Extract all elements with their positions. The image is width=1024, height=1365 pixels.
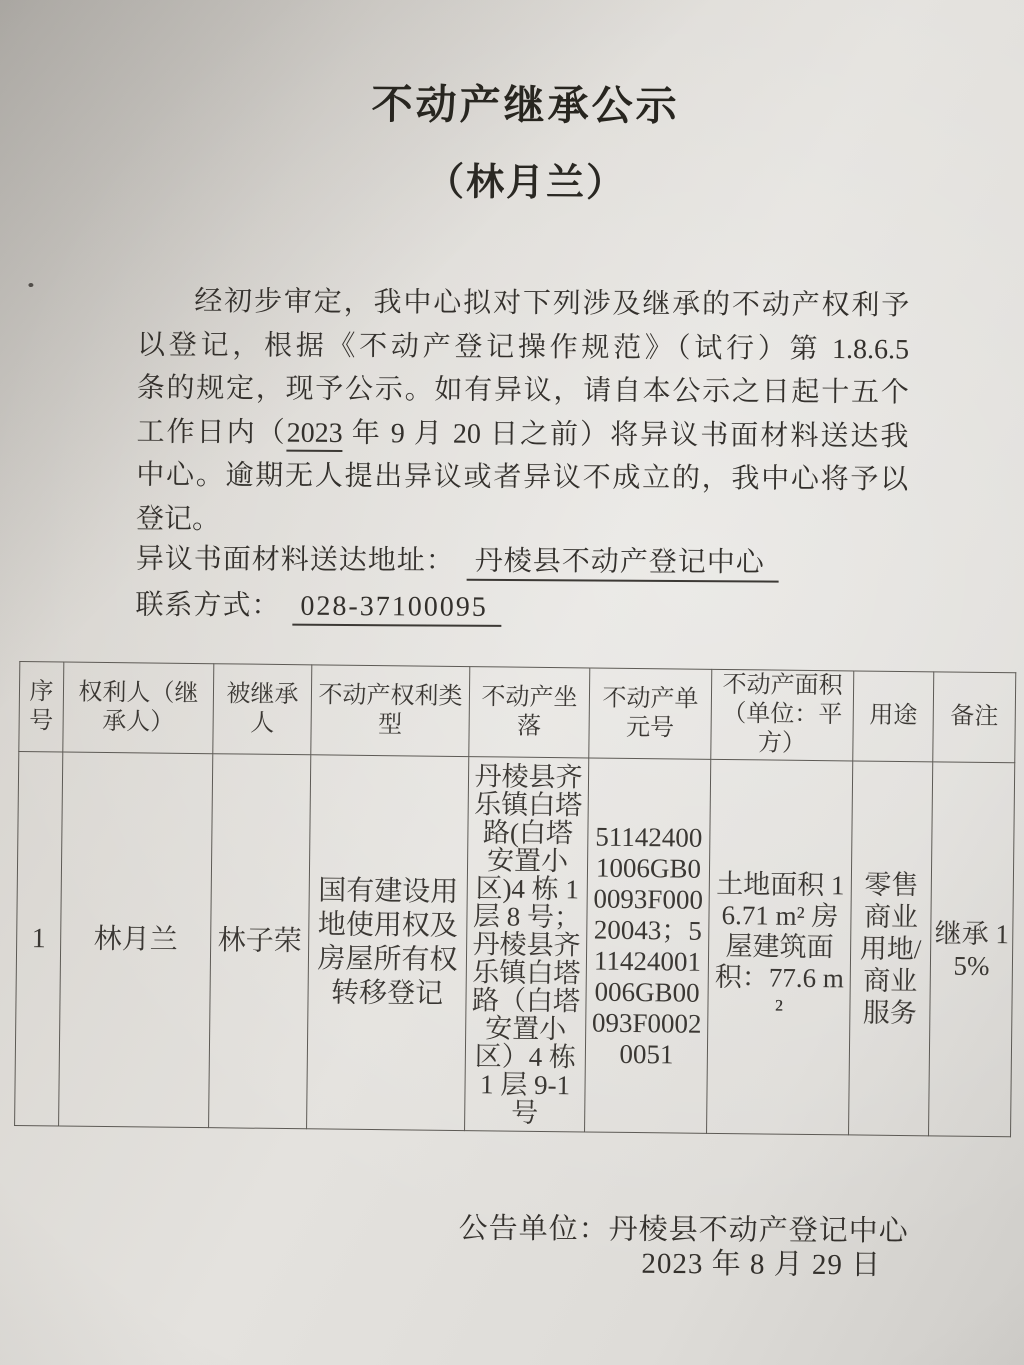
contact-phone-value: 028-37100095 (292, 591, 502, 627)
table-row: 1 林月兰 林子荣 国有建设用地使用权及房屋所有权转移登记 丹棱县齐乐镇白塔路(… (15, 751, 1015, 1136)
body-line-4: 工作日内（2023 年 9 月 20 日之前）将异议书面材料送达我 (136, 410, 908, 458)
body-line-2: 以登记，根据《不动产登记操作规范》（试行）第 1.8.6.5 (137, 323, 909, 371)
cell-usage: 零售商业用地/商业服务 (849, 761, 933, 1136)
property-table-section: 序号 权利人（继承人） 被继承人 不动产权利类型 不动产坐落 不动产单元号 不动… (14, 661, 1016, 1137)
body-line-4-pre: 工作日内（ (136, 416, 286, 448)
delivery-address-value: 丹棱县不动产登记中心 (467, 546, 779, 583)
cell-seq: 1 (15, 751, 63, 1125)
contact-row: 联系方式：028-37100095 (135, 585, 935, 632)
header-cell-decedent: 被继承人 (213, 664, 312, 755)
header-cell-usage: 用途 (853, 671, 934, 762)
delivery-address-label: 异议书面材料送达地址： (136, 544, 455, 577)
notice-body: 经初步审定，我中心拟对下列涉及继承的不动产权利予 以登记，根据《不动产登记操作规… (136, 280, 910, 546)
body-line-3: 条的规定，现予公示。如有异议，请自本公示之日起十五个 (137, 367, 909, 415)
delivery-address-row: 异议书面材料送达地址：丹棱县不动产登记中心 (136, 539, 936, 586)
cell-remark: 继承 15% (929, 762, 1015, 1137)
body-line-6: 登记。 (136, 497, 908, 545)
body-line-1: 经初步审定，我中心拟对下列涉及继承的不动产权利予 (137, 280, 909, 328)
body-line-5: 中心。逾期无人提出异议或者异议不成立的，我中心将予以 (136, 454, 908, 502)
header-cell-heir: 权利人（继承人） (63, 662, 214, 754)
header-cell-seq: 序号 (19, 661, 64, 751)
notice-title: 不动产继承公示 (3, 69, 1024, 134)
footer-date: 2023 年 8 月 29 日 (641, 1241, 881, 1283)
notice-document: 不动产继承公示 （林月兰） 经初步审定，我中心拟对下列涉及继承的不动产权利予 以… (0, 0, 1024, 1365)
cell-decedent: 林子荣 (209, 754, 311, 1129)
cell-right-type: 国有建设用地使用权及房屋所有权转移登记 (307, 755, 469, 1131)
cell-area: 土地面积 16.71 m² 房屋建筑面积：77.6 m² (707, 759, 853, 1135)
header-cell-location: 不动产坐落 (469, 667, 590, 758)
header-cell-remark: 备注 (933, 672, 1016, 763)
photographed-notice-page: 不动产继承公示 （林月兰） 经初步审定，我中心拟对下列涉及继承的不动产权利予 以… (0, 0, 1024, 1365)
header-cell-right-type: 不动产权利类型 (311, 665, 470, 757)
header-cell-area: 不动产面积（单位：平方） (711, 669, 854, 761)
cell-unit-no: 511424001006GB00093F00020043；51142400100… (585, 758, 711, 1133)
paper-speck (28, 283, 33, 287)
contact-label: 联系方式： (135, 590, 280, 622)
header-cell-unit-no: 不动产单元号 (589, 668, 712, 759)
deadline-year-underlined: 2023 (287, 417, 343, 451)
cell-location: 丹棱县齐乐镇白塔路(白塔安置小区)4 栋 1 层 8 号；丹棱县齐乐镇白塔路（白… (465, 757, 589, 1132)
table-header-row: 序号 权利人（继承人） 被继承人 不动产权利类型 不动产坐落 不动产单元号 不动… (19, 661, 1016, 762)
property-table: 序号 权利人（继承人） 被继承人 不动产权利类型 不动产坐落 不动产单元号 不动… (14, 661, 1016, 1137)
cell-heir: 林月兰 (59, 752, 213, 1128)
notice-subtitle: （林月兰） (3, 148, 1024, 209)
body-line-4-post: 年 9 月 20 日之前）将异议书面材料送达我 (343, 417, 909, 451)
